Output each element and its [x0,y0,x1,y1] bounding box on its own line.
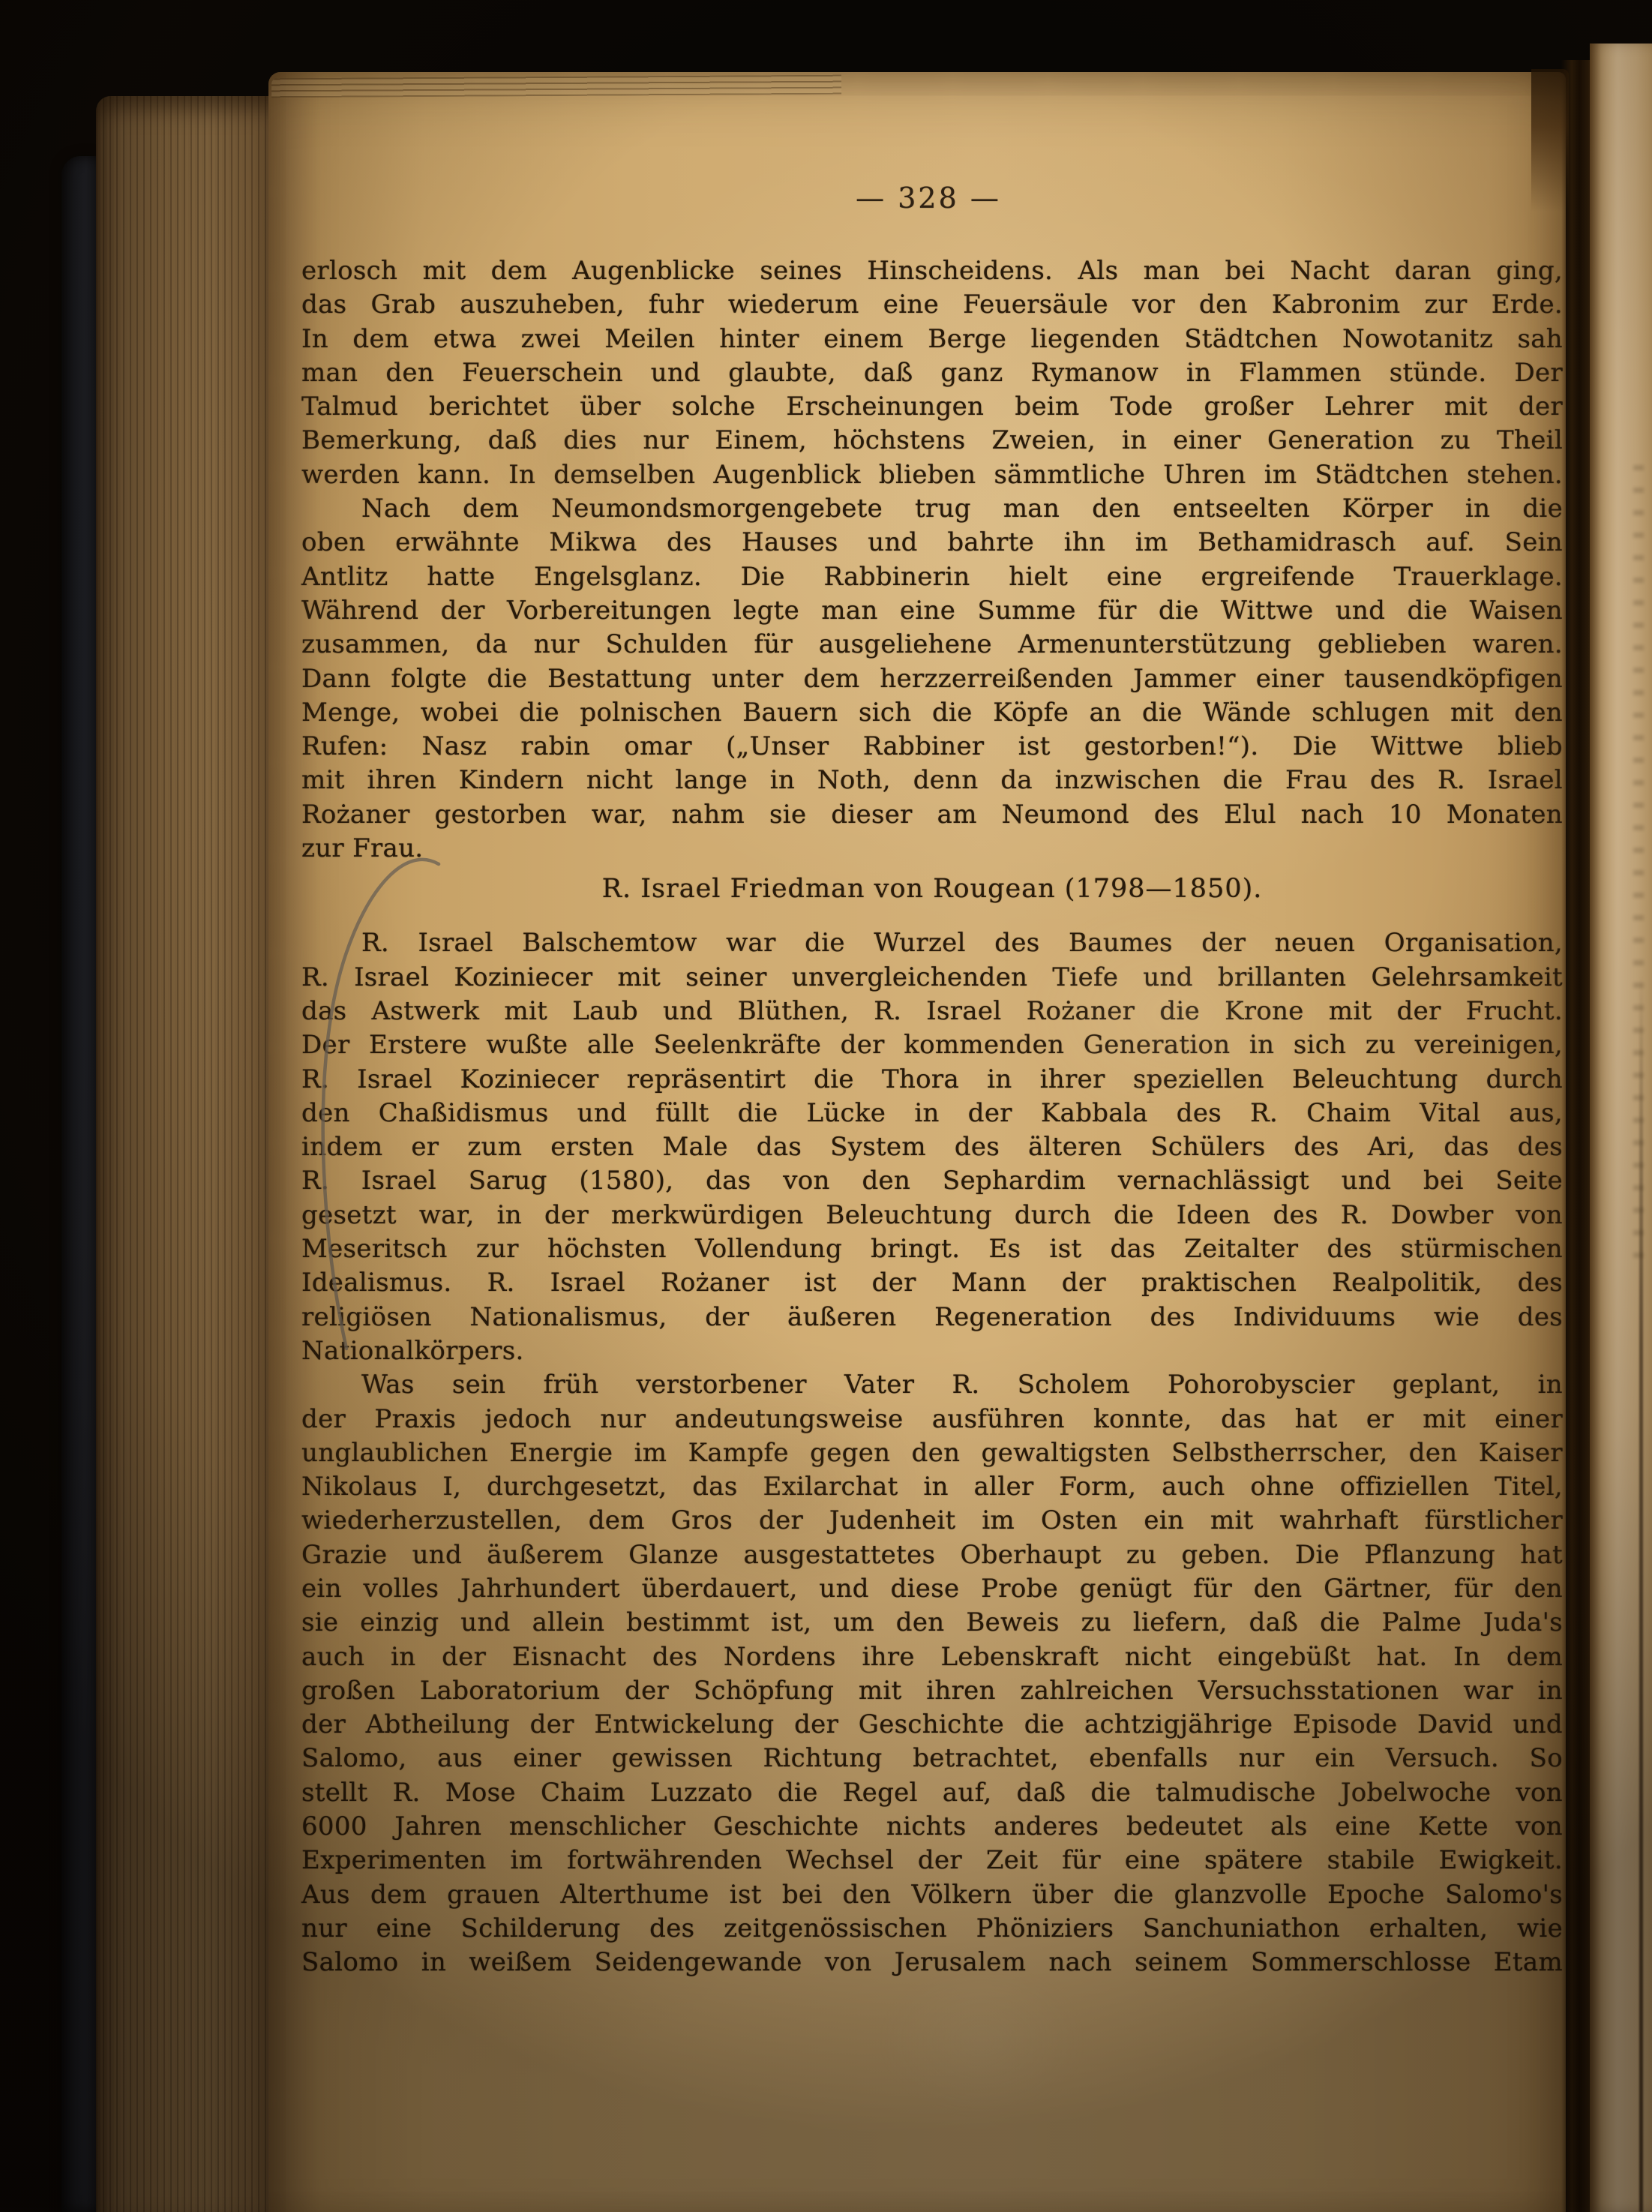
text-line: Nikolaus I, durchgesetzt, das Exilarchat… [301,1470,1563,1504]
text-line: der Praxis jedoch nur andeutungsweise au… [301,1403,1563,1436]
text-line: Idealismus. R. Israel Rożaner ist der Ma… [301,1266,1563,1300]
paragraph: Nach dem Neumondsmorgengebete trug man d… [301,492,1563,866]
text-line: das Astwerk mit Laub und Blüthen, R. Isr… [301,995,1563,1028]
text-line: oben erwähnte Mikwa des Hauses und bahrt… [301,526,1563,560]
photo-background: { "page": { "folio_display": "— 328 —", … [0,0,1652,2212]
text-line: Der Erstere wußte alle Seelenkräfte der … [301,1028,1563,1062]
text-line: R. Israel Koziniecer mit seiner unvergle… [301,961,1563,995]
text-line: Experimenten im fortwährenden Wechsel de… [301,1844,1563,1877]
ghost-print-bleedthrough [1633,465,1644,1275]
text-line: religiösen Nationalismus, der äußeren Re… [301,1301,1563,1334]
text-line: stellt R. Mose Chaim Luzzato die Regel a… [301,1776,1563,1810]
section-heading: R. Israel Friedman von Rougean (1798—185… [301,872,1563,906]
text-line: auch in der Eisnacht des Nordens ihre Le… [301,1640,1563,1674]
text-line: Nach dem Neumondsmorgengebete trug man d… [301,492,1563,526]
text-line: R. Israel Sarug (1580), das von den Seph… [301,1164,1563,1198]
stacked-page-edges [271,75,841,98]
text-line: Salomo in weißem Seidengewande von Jerus… [301,1946,1563,1979]
text-line: R. Israel Koziniecer repräsentirt die Th… [301,1063,1563,1097]
text-line: gesetzt war, in der merkwürdigen Beleuch… [301,1199,1563,1232]
text-line: Grazie und äußerem Glanze ausgestattetes… [301,1538,1563,1572]
text-line: zur Frau. [301,832,1563,866]
text-line: den Chaßidismus und füllt die Lücke in d… [301,1097,1563,1130]
text-line: nur eine Schilderung des zeitgenössische… [301,1912,1563,1946]
text-line: Talmud berichtet über solche Erscheinung… [301,390,1563,424]
text-line: erlosch mit dem Augenblicke seines Hinsc… [301,254,1563,288]
text-line: Bemerkung, daß dies nur Einem, höchstens… [301,424,1563,458]
paragraph: erlosch mit dem Augenblicke seines Hinsc… [301,254,1563,492]
text-line: Rufen: Nasz rabin omar („Unser Rabbiner … [301,730,1563,764]
text-line: 6000 Jahren menschlicher Geschichte nich… [301,1810,1563,1844]
text-line: man den Feuerschein und glaubte, daß gan… [301,356,1563,390]
page-fore-edges [96,96,282,2212]
text-line: Salomo, aus einer gewissen Richtung betr… [301,1742,1563,1775]
text-line: Aus dem grauen Alterthume ist bei den Vö… [301,1878,1563,1912]
text-line: Rożaner gestorben war, nahm sie dieser a… [301,798,1563,832]
paragraph: R. Israel Balschemtow war die Wurzel des… [301,926,1563,1368]
text-line: der Abtheilung der Entwickelung der Gesc… [301,1708,1563,1742]
text-line: Während der Vorbereitungen legte man ein… [301,594,1563,628]
text-line: mit ihren Kindern nicht lange in Noth, d… [301,764,1563,797]
text-line: unglaublichen Energie im Kampfe gegen de… [301,1436,1563,1470]
text-line: Antlitz hatte Engelsglanz. Die Rabbineri… [301,560,1563,594]
text-line: sie einzig und allein bestimmt ist, um d… [301,1606,1563,1640]
text-line: zusammen, da nur Schulden für ausgeliehe… [301,628,1563,662]
text-line: indem er zum ersten Male das System des … [301,1130,1563,1164]
text-line: Menge, wobei die polnischen Bauern sich … [301,696,1563,730]
body-text: erlosch mit dem Augenblicke seines Hinsc… [301,254,1563,1980]
gutter-shadow [1561,60,1591,2212]
text-line: wiederherzustellen, dem Gros der Judenhe… [301,1504,1563,1538]
text-line: werden kann. In demselben Augenblick bli… [301,458,1563,492]
text-line: Was sein früh verstorbener Vater R. Scho… [301,1368,1563,1402]
paragraph: Was sein früh verstorbener Vater R. Scho… [301,1368,1563,1979]
text-line: Nationalkörpers. [301,1334,1563,1368]
text-line: R. Israel Balschemtow war die Wurzel des… [301,926,1563,960]
text-line: ein volles Jahrhundert überdauert, und d… [301,1572,1563,1606]
text-line: großen Laboratorium der Schöpfung mit ih… [301,1674,1563,1708]
page-number: — 328 — [793,182,1063,215]
text-line: Dann folgte die Bestattung unter dem her… [301,662,1563,696]
book-page: — 328 — erlosch mit dem Augenblicke sein… [268,72,1566,2212]
text-line: In dem etwa zwei Meilen hinter einem Ber… [301,323,1563,356]
text-line: das Grab auszuheben, fuhr wiederum eine … [301,288,1563,322]
text-line: Meseritsch zur höchsten Vollendung bring… [301,1232,1563,1266]
